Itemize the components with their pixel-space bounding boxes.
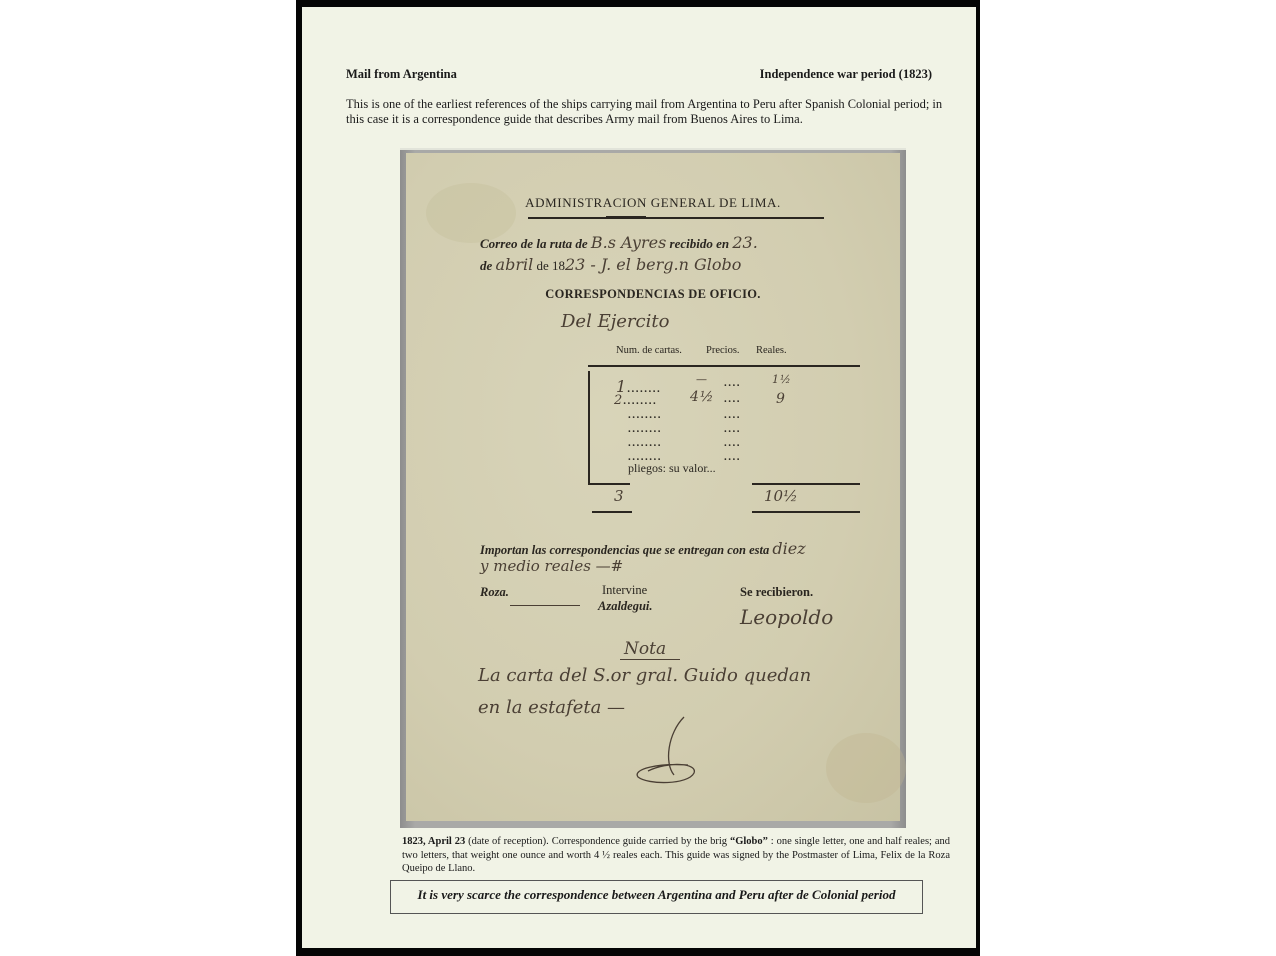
year-ship-handwriting: 23 - J. el berg.n Globo — [565, 255, 741, 274]
total-reales-handwriting: 10½ — [764, 487, 798, 505]
table-row: ........ — [628, 409, 662, 421]
roza-label: Roza. — [480, 585, 509, 600]
document-title: ADMINISTRACION GENERAL DE LIMA. — [406, 195, 900, 211]
recibieron-signature: Leopoldo — [740, 605, 833, 629]
table-row: ........ — [628, 423, 662, 435]
column-header-num: Num. de cartas. — [616, 345, 682, 356]
table-cell-dots: .... — [724, 437, 741, 449]
column-header-precios: Precios. — [706, 345, 740, 356]
table-left-border — [588, 371, 590, 485]
caption-ship: “Globo” — [730, 836, 768, 847]
historic-document: ADMINISTRACION GENERAL DE LIMA. Correo d… — [406, 153, 900, 821]
title-rule-ornament — [606, 216, 646, 219]
nota-handwriting: Nota — [624, 639, 666, 659]
received-day-handwriting: 23. — [732, 233, 757, 252]
column-header-reales: Reales. — [756, 345, 787, 356]
caption-date: 1823, April 23 — [402, 836, 465, 847]
caption-paragraph: 1823, April 23 (date of reception). Corr… — [402, 835, 950, 876]
table-cell-dots: .... — [724, 409, 741, 421]
section-handwriting: Del Ejercito — [561, 311, 669, 332]
intervine-label: Intervine — [602, 583, 647, 598]
table-bottom-rule-right — [752, 483, 860, 485]
nota-underline — [620, 659, 680, 660]
page-header-right: Independence war period (1823) — [760, 67, 932, 82]
table-cell-precio: — — [696, 373, 708, 386]
recibieron-label: Se recibieron. — [740, 585, 813, 600]
table-cell-dots: .... — [724, 451, 741, 463]
header-rule — [588, 365, 860, 367]
importan-handwriting-cont: y medio reales —# — [480, 557, 623, 575]
table-cell-dots: .... — [724, 393, 741, 405]
date-line: de abril de 1823 - J. el berg.n Globo — [480, 255, 741, 274]
roza-signature — [510, 605, 580, 606]
total-cartas-handwriting: 3 — [614, 487, 624, 505]
table-row: 2........ — [614, 393, 657, 408]
pliegos-label: pliegos: su valor... — [628, 461, 716, 476]
total-rule-left — [592, 511, 632, 513]
note-line-1: La carta del S.or gral. Guido quedan — [478, 665, 811, 686]
table-row: ........ — [628, 437, 662, 449]
album-page: Mail from Argentina Independence war per… — [302, 7, 976, 948]
rubric-flourish-icon — [628, 713, 718, 793]
table-cell-reales: 9 — [776, 391, 786, 407]
paper-stain — [826, 733, 906, 803]
importan-line: Importan las correspondencias que se ent… — [480, 539, 806, 558]
table-cell-reales: 1½ — [772, 373, 792, 386]
table-bottom-rule-left — [588, 483, 630, 485]
month-handwriting: abril — [496, 255, 534, 274]
azaldegui-label: Azaldegui. — [598, 599, 653, 614]
table-cell-precio: 4½ — [690, 389, 714, 405]
page-header-left: Mail from Argentina — [346, 67, 457, 82]
section-title: CORRESPONDENCIAS DE OFICIO. — [406, 287, 900, 302]
table-cell-dots: .... — [724, 377, 741, 389]
route-handwriting: B.s Ayres — [591, 233, 666, 252]
importan-handwriting: diez — [772, 539, 805, 558]
title-rule — [528, 217, 824, 219]
note-line-2: en la estafeta — — [478, 697, 625, 718]
table-cell-dots: .... — [724, 423, 741, 435]
scarcity-note-box: It is very scarce the correspondence bet… — [390, 880, 923, 914]
total-rule-right — [752, 511, 860, 513]
intro-paragraph: This is one of the earliest references o… — [346, 97, 946, 127]
route-line: Correo de la ruta de B.s Ayres recibido … — [480, 233, 758, 252]
